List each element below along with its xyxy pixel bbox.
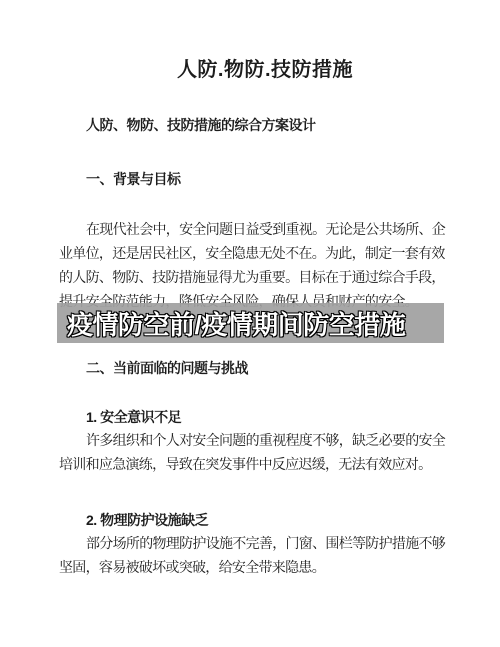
subsection1-paragraph: 许多组织和个人对安全问题的重视程度不够，缺乏必要的安全 培训和应急演练，导致在突… (59, 430, 443, 478)
subsection1-heading: 1. 安全意识不足 (59, 406, 443, 428)
paragraph-line: 许多组织和个人对安全问题的重视程度不够，缺乏必要的安全 (59, 430, 443, 454)
overlay-banner-text: 疫情防空前/疫情期间防空措施 (67, 305, 405, 342)
section1-paragraph: 在现代社会中，安全问题日益受到重视。无论是公共场所、企 业单位，还是居民社区，安… (59, 219, 443, 315)
paragraph-line: 的人防、物防、技防措施显得尤为重要。目标在于通过综合手段， (59, 267, 443, 291)
paragraph-line: 部分场所的物理防护设施不完善，门窗、围栏等防护措施不够 (59, 533, 443, 557)
paragraph-line: 坚固，容易被破坏或突破，给安全带来隐患。 (59, 557, 443, 581)
subsection2-heading: 2. 物理防护设施缺乏 (59, 509, 443, 531)
section2-heading: 二、当前面临的问题与挑战 (59, 357, 443, 379)
document-subtitle: 人防、物防、技防措施的综合方案设计 (59, 114, 443, 136)
overlay-banner: 疫情防空前/疫情期间防空措施 (57, 303, 444, 343)
subsection2-paragraph: 部分场所的物理防护设施不完善，门窗、围栏等防护措施不够 坚固，容易被破坏或突破，… (59, 533, 443, 581)
paragraph-line: 业单位，还是居民社区，安全隐患无处不在。为此，制定一套有效 (59, 243, 443, 267)
section1-heading: 一、背景与目标 (59, 168, 443, 190)
document-page: 人防.物防.技防措施 人防、物防、技防措施的综合方案设计 一、背景与目标 在现代… (0, 0, 500, 647)
paragraph-line: 在现代社会中，安全问题日益受到重视。无论是公共场所、企 (59, 219, 443, 243)
paragraph-line: 培训和应急演练，导致在突发事件中反应迟缓，无法有效应对。 (59, 454, 443, 478)
document-title: 人防.物防.技防措施 (0, 56, 500, 84)
